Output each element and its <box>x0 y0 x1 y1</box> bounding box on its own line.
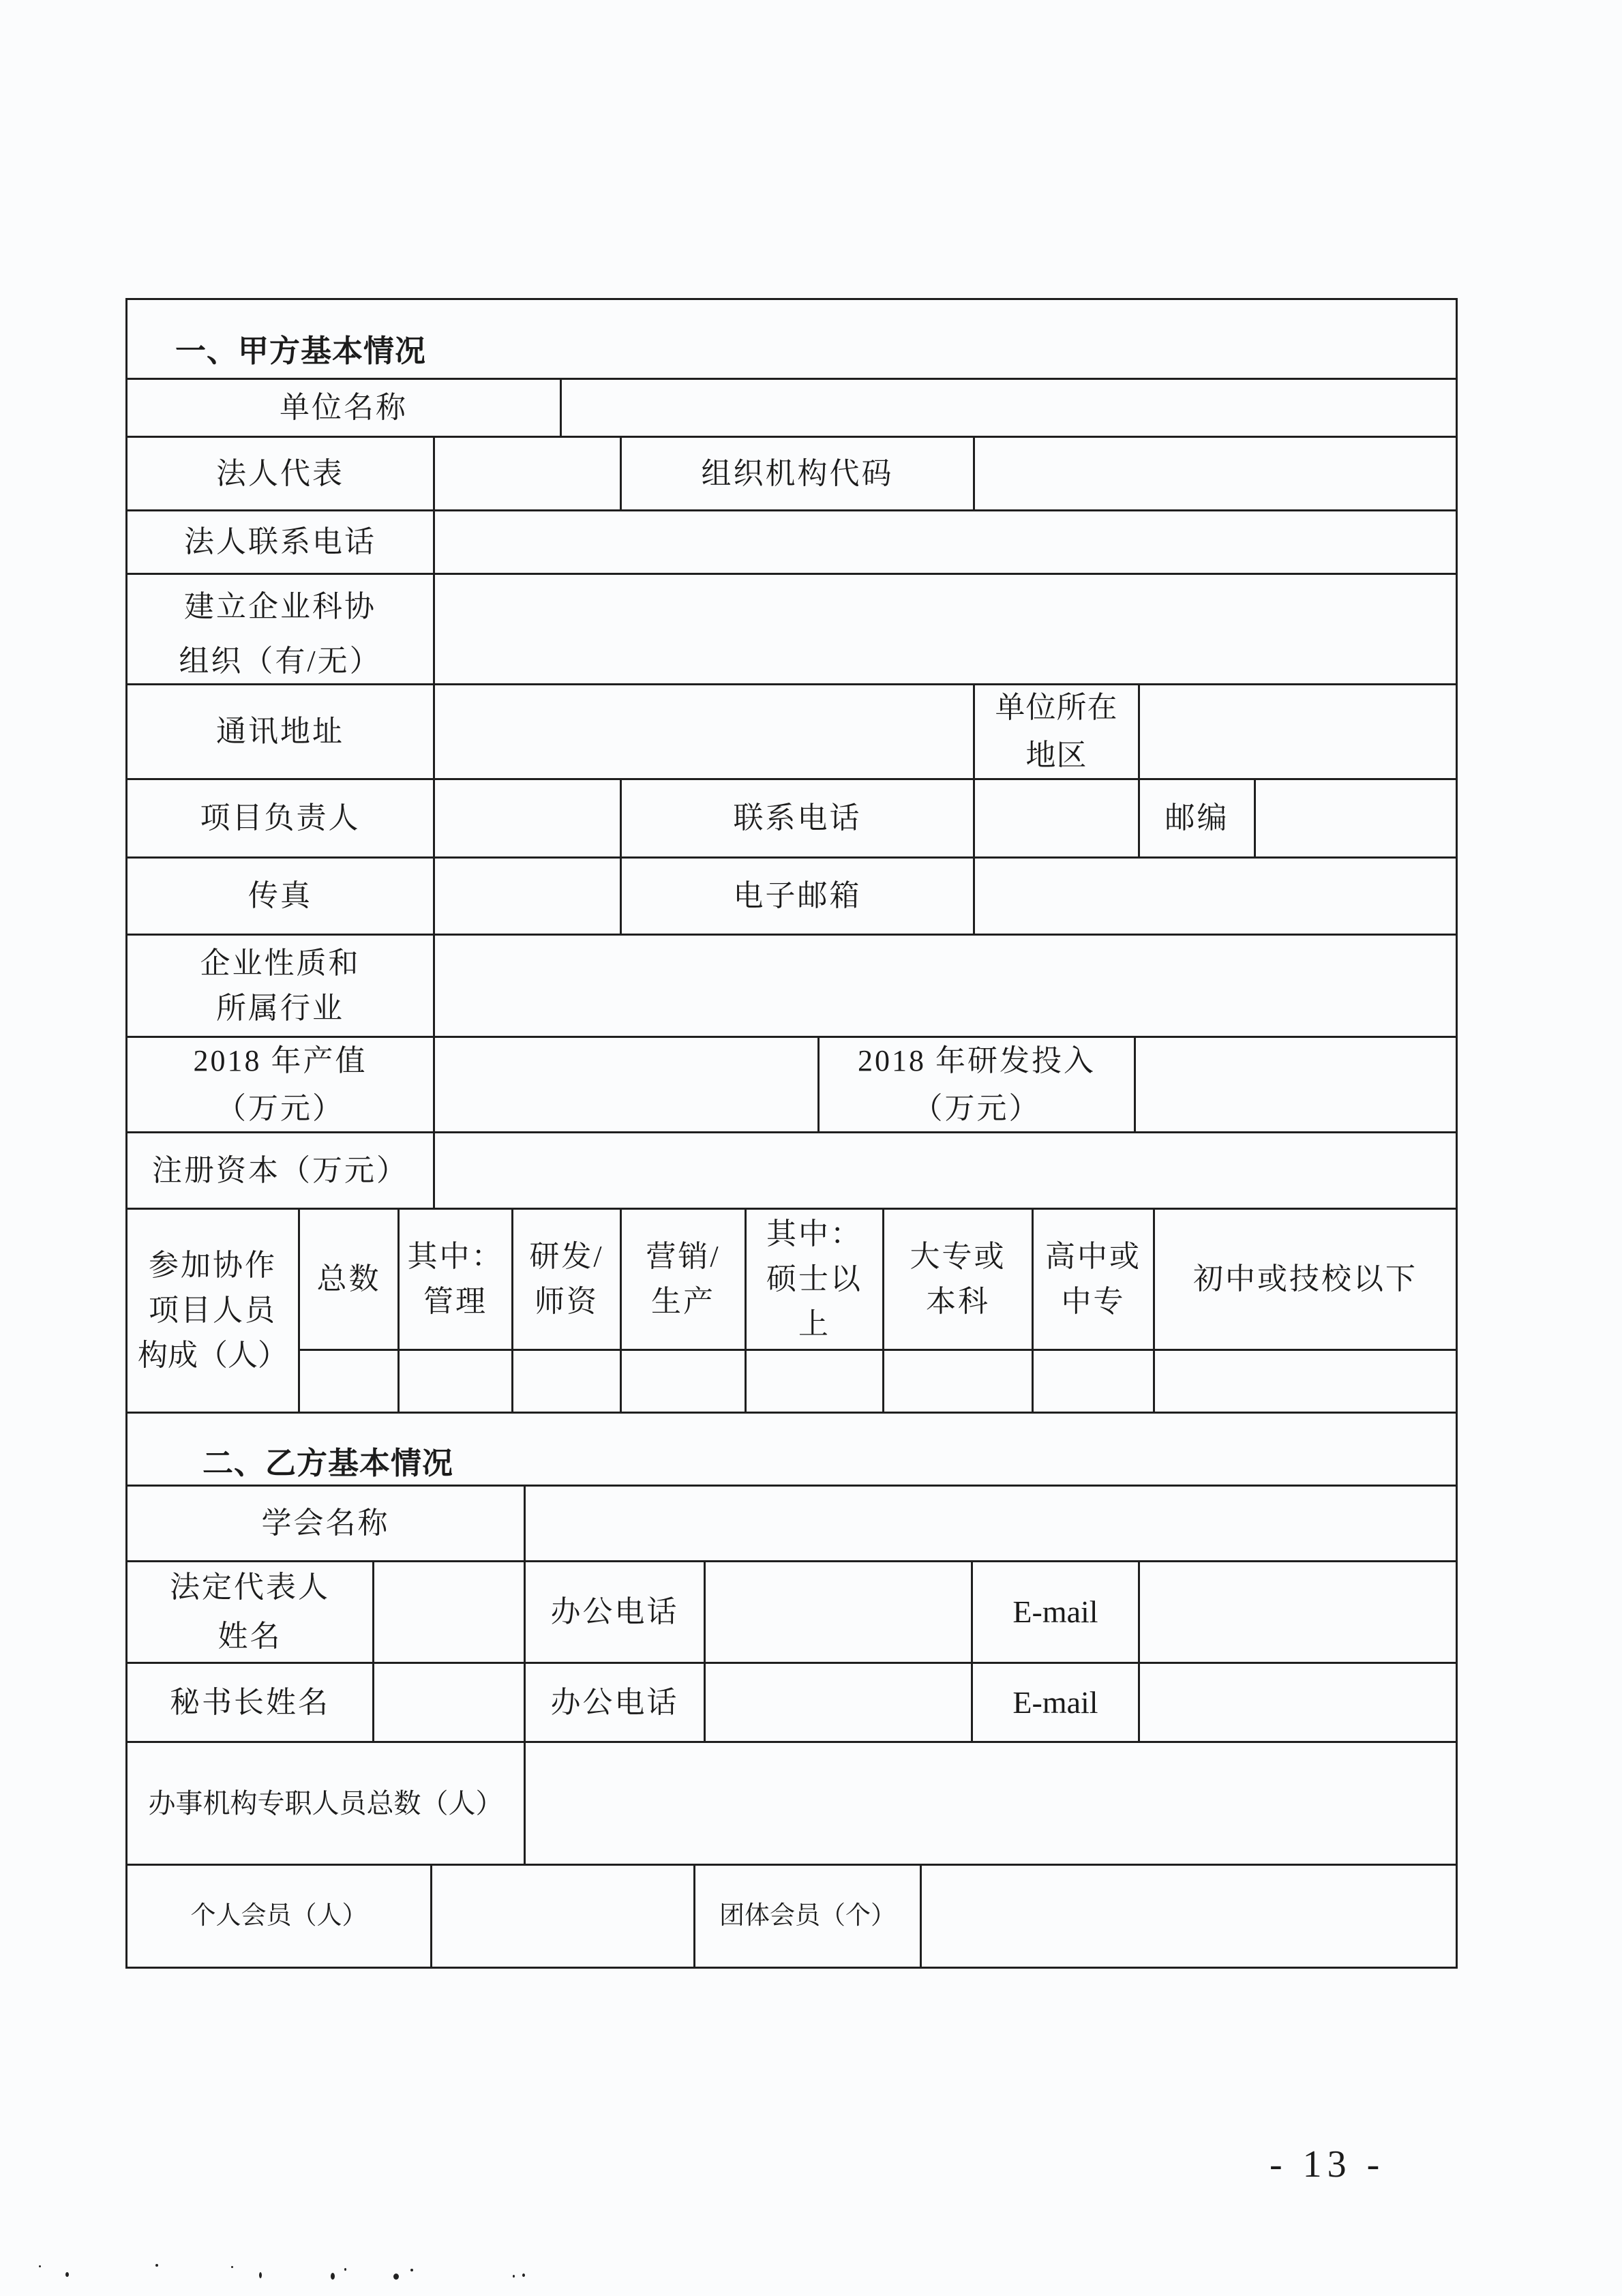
secretary-office-phone-label: 办公电话 <box>551 1680 679 1725</box>
individual-members-label: 个人会员（人） <box>191 1894 367 1939</box>
office-staff-total-label-cell: 办事机构专职人员总数（人） <box>125 1741 526 1866</box>
legal-rep-label: 法人代表 <box>216 451 344 496</box>
personnel-col-juniorhigh-label: 初中或技校以下 <box>1193 1257 1417 1302</box>
legal-rep-phone-label: 法人联系电话 <box>184 520 376 565</box>
personnel-col-highschool-line-1: 高中或 <box>1045 1234 1141 1279</box>
secretary-name-label: 秘书长姓名 <box>170 1680 330 1725</box>
fax-label: 传真 <box>248 874 312 919</box>
sci-assoc-org-value-cell <box>433 573 1458 685</box>
personnel-label-cell: 参加协作 项目人员 构成（人） <box>125 1208 300 1414</box>
personnel-col-bachelor-header: 大专或 本科 <box>882 1208 1034 1351</box>
secretary-name-label-cell: 秘书长姓名 <box>125 1662 374 1743</box>
personnel-masters-value-cell <box>745 1349 884 1414</box>
postcode-label-cell: 邮编 <box>1138 778 1256 859</box>
registered-capital-label: 注册资本（万元） <box>152 1148 408 1193</box>
legal-rep-name-label-line-2: 姓名 <box>218 1612 282 1661</box>
rd-2018-label-line-1: 2018 年研发投入 <box>858 1037 1096 1085</box>
group-members-label-cell: 团体会员（个） <box>693 1864 922 1969</box>
nature-industry-label-cell: 企业性质和 所属行业 <box>125 934 435 1038</box>
individual-members-value-cell <box>430 1864 695 1969</box>
secretary-email-value-cell <box>1138 1662 1458 1743</box>
sci-assoc-org-label-line-1: 建立企业科协 <box>184 580 376 634</box>
legal-rep-email-value-cell <box>1138 1560 1458 1664</box>
address-label: 通讯地址 <box>216 709 344 754</box>
page-number: - 13 - <box>1270 2143 1385 2186</box>
org-code-label-cell: 组织机构代码 <box>620 436 975 511</box>
document-page: 一、甲方基本情况 单位名称 法人代表 组织机构代码 法人联系电话 建立企业科协 … <box>0 0 1622 2296</box>
personnel-col-sales-header: 营销/ 生产 <box>620 1208 747 1351</box>
secretary-office-phone-value-cell <box>704 1662 973 1743</box>
personnel-col-masters-header: 其中： 硕士以 上 <box>745 1208 884 1351</box>
personnel-col-management-header: 其中： 管理 <box>397 1208 513 1351</box>
nature-industry-label-line-1: 企业性质和 <box>200 941 361 986</box>
scan-speck <box>522 2273 525 2277</box>
contact-phone-label: 联系电话 <box>734 796 862 841</box>
personnel-col-highschool-header: 高中或 中专 <box>1032 1208 1155 1351</box>
personnel-col-masters-line-1: 其中： <box>766 1212 862 1257</box>
region-label-line-1: 单位所在 <box>995 684 1118 732</box>
unit-name-label-cell: 单位名称 <box>125 378 562 438</box>
legal-rep-name-label-line-1: 法定代表人 <box>170 1563 330 1612</box>
postcode-label: 邮编 <box>1165 796 1229 841</box>
email-label: 电子邮箱 <box>734 874 862 919</box>
legal-rep-office-phone-value-cell <box>704 1560 973 1664</box>
secretary-office-phone-label-cell: 办公电话 <box>524 1662 706 1743</box>
section-b-header: 二、乙方基本情况 <box>125 1412 1458 1487</box>
society-name-label: 学会名称 <box>262 1501 390 1546</box>
personnel-col-rd-header: 研发/ 师资 <box>511 1208 622 1351</box>
secretary-email-label: E-mail <box>1012 1680 1098 1725</box>
personnel-total-value-cell <box>298 1349 400 1414</box>
registered-capital-value-cell <box>433 1131 1458 1210</box>
personnel-col-masters-line-3: 上 <box>798 1302 830 1347</box>
fax-label-cell: 传真 <box>125 856 435 936</box>
personnel-label-line-2: 项目人员 <box>149 1288 277 1333</box>
scan-speck <box>231 2266 233 2268</box>
output-2018-label-line-1: 2018 年产值 <box>194 1037 367 1085</box>
scan-speck <box>410 2269 413 2271</box>
personnel-col-sales-line-2: 生产 <box>651 1279 715 1324</box>
legal-rep-phone-value-cell <box>433 509 1458 575</box>
output-2018-label-cell: 2018 年产值 （万元） <box>125 1036 435 1133</box>
rd-2018-label-line-2: （万元） <box>913 1085 1041 1133</box>
legal-rep-value-cell <box>433 436 622 511</box>
output-2018-value-cell <box>433 1036 820 1133</box>
secretary-email-label-cell: E-mail <box>971 1662 1140 1743</box>
output-2018-label-line-2: （万元） <box>216 1085 344 1133</box>
office-staff-total-label: 办事机构专职人员总数（人） <box>149 1781 503 1826</box>
org-code-value-cell <box>973 436 1458 511</box>
registered-capital-label-cell: 注册资本（万元） <box>125 1131 435 1210</box>
personnel-col-management-line-2: 管理 <box>423 1279 487 1324</box>
scan-speck <box>393 2273 399 2280</box>
scan-speck <box>39 2265 41 2267</box>
address-value-cell <box>433 683 975 780</box>
org-code-label: 组织机构代码 <box>702 451 894 496</box>
personnel-col-bachelor-line-1: 大专或 <box>910 1234 1006 1279</box>
personnel-col-masters-line-2: 硕士以 <box>766 1257 862 1302</box>
personnel-col-management-line-1: 其中： <box>408 1234 504 1279</box>
legal-rep-office-phone-label: 办公电话 <box>551 1590 679 1635</box>
project-lead-label-cell: 项目负责人 <box>125 778 435 859</box>
personnel-label-line-1: 参加协作 <box>149 1243 277 1288</box>
personnel-label-line-3: 构成（人） <box>138 1333 288 1378</box>
sci-assoc-org-label-line-2: 组织（有/无） <box>179 634 381 689</box>
personnel-sales-value-cell <box>620 1349 747 1414</box>
scan-speck <box>331 2273 335 2280</box>
project-lead-label: 项目负责人 <box>200 796 361 841</box>
legal-rep-email-label: E-mail <box>1012 1590 1098 1635</box>
legal-rep-name-label-cell: 法定代表人 姓名 <box>125 1560 374 1664</box>
personnel-col-highschool-line-2: 中专 <box>1062 1279 1126 1324</box>
region-label-line-2: 地区 <box>1026 732 1087 779</box>
legal-rep-label-cell: 法人代表 <box>125 436 435 511</box>
scan-speck <box>344 2268 346 2271</box>
section-a-title: 一、甲方基本情况 <box>175 326 426 370</box>
unit-name-label: 单位名称 <box>280 385 408 430</box>
personnel-col-total-header: 总数 <box>298 1208 400 1351</box>
postcode-value-cell <box>1254 778 1458 859</box>
society-name-value-cell <box>524 1485 1458 1562</box>
region-label-cell: 单位所在 地区 <box>973 683 1140 780</box>
contact-phone-label-cell: 联系电话 <box>620 778 975 859</box>
legal-rep-phone-label-cell: 法人联系电话 <box>125 509 435 575</box>
scan-speck <box>65 2272 69 2277</box>
personnel-col-rd-line-2: 师资 <box>535 1279 599 1324</box>
personnel-rd-value-cell <box>511 1349 622 1414</box>
nature-industry-value-cell <box>433 934 1458 1038</box>
personnel-col-rd-line-1: 研发/ <box>529 1234 603 1279</box>
sci-assoc-org-label-cell: 建立企业科协 组织（有/无） <box>125 573 435 685</box>
personnel-col-sales-line-1: 营销/ <box>646 1234 720 1279</box>
unit-name-value-cell <box>560 378 1458 438</box>
personnel-highschool-value-cell <box>1032 1349 1155 1414</box>
legal-rep-name-value-cell <box>372 1560 526 1664</box>
address-label-cell: 通讯地址 <box>125 683 435 780</box>
legal-rep-office-phone-label-cell: 办公电话 <box>524 1560 706 1664</box>
email-label-cell: 电子邮箱 <box>620 856 975 936</box>
personnel-juniorhigh-value-cell <box>1153 1349 1458 1414</box>
section-a-header: 一、甲方基本情况 <box>125 298 1458 380</box>
fax-value-cell <box>433 856 622 936</box>
email-value-cell <box>973 856 1458 936</box>
region-value-cell <box>1138 683 1458 780</box>
section-b-title: 二、乙方基本情况 <box>202 1438 453 1482</box>
rd-2018-value-cell <box>1134 1036 1458 1133</box>
office-staff-total-value-cell <box>524 1741 1458 1866</box>
nature-industry-label-line-2: 所属行业 <box>216 986 344 1031</box>
group-members-value-cell <box>920 1864 1458 1969</box>
rd-2018-label-cell: 2018 年研发投入 （万元） <box>817 1036 1136 1133</box>
personnel-col-total-label: 总数 <box>317 1257 381 1302</box>
personnel-management-value-cell <box>397 1349 513 1414</box>
personnel-col-juniorhigh-header: 初中或技校以下 <box>1153 1208 1458 1351</box>
personnel-col-bachelor-line-2: 本科 <box>926 1279 990 1324</box>
scan-speck <box>155 2264 158 2267</box>
secretary-name-value-cell <box>372 1662 526 1743</box>
individual-members-label-cell: 个人会员（人） <box>125 1864 432 1969</box>
legal-rep-email-label-cell: E-mail <box>971 1560 1140 1664</box>
group-members-label: 团体会员（个） <box>719 1894 896 1939</box>
scan-speck <box>513 2275 515 2278</box>
project-lead-value-cell <box>433 778 622 859</box>
scan-speck <box>259 2272 262 2278</box>
society-name-label-cell: 学会名称 <box>125 1485 526 1562</box>
personnel-bachelor-value-cell <box>882 1349 1034 1414</box>
contact-phone-value-cell <box>973 778 1140 859</box>
